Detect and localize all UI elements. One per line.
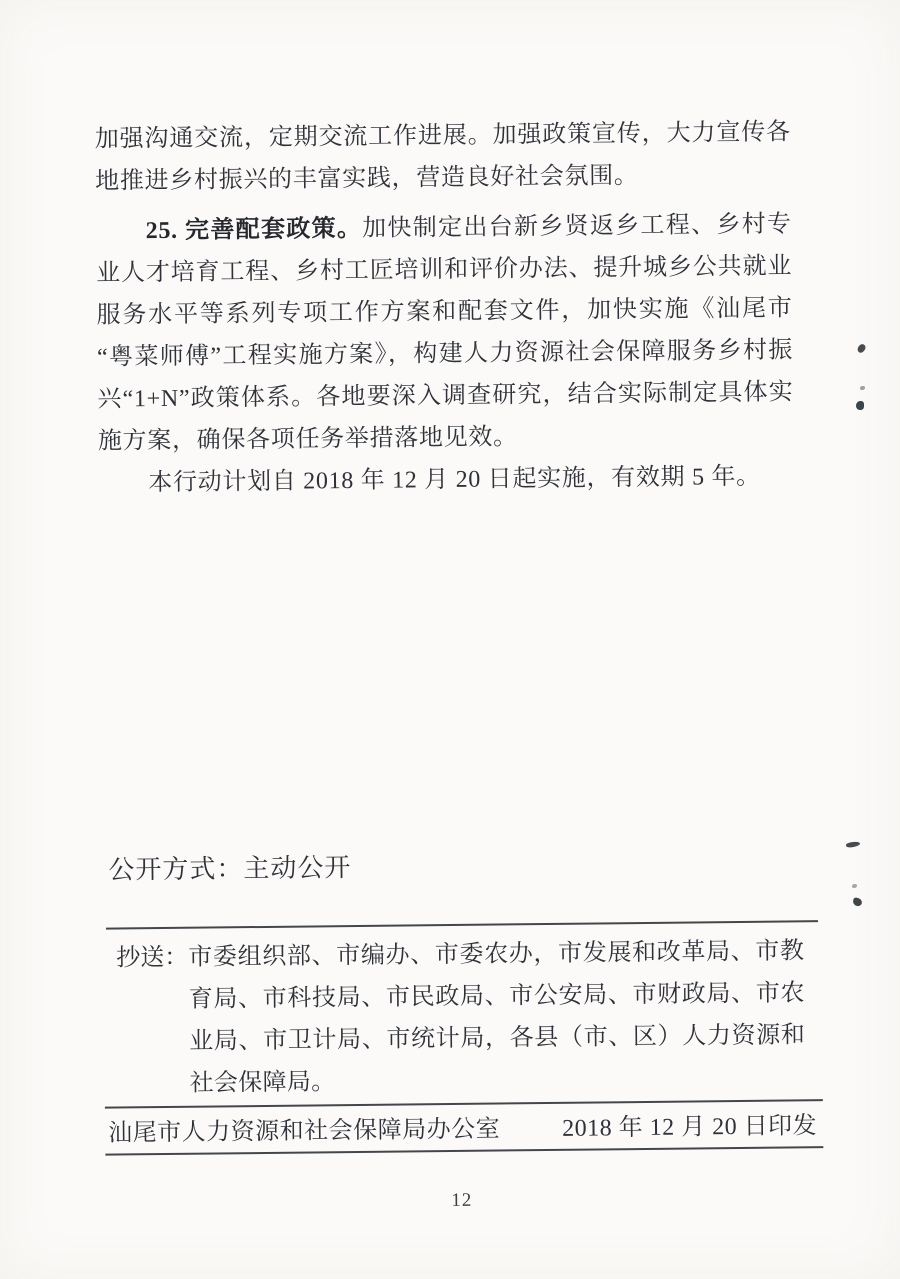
disclosure-line: 公开方式：主动公开 — [108, 851, 351, 888]
body-paragraph: 加强沟通交流，定期交流工作进展。加强政策宣传，大力宣传各地推进乡村振兴的丰富实践… — [95, 111, 792, 202]
paragraph-heading-segment: 25. 完善配套政策。 — [146, 216, 363, 244]
cc-label: 抄送： — [116, 937, 188, 980]
scan-artifact — [856, 401, 864, 410]
cc-recipients: 市委组织部、市编办、市委农办，市发展和改革局、市教育局、市科技局、市民政局、市公… — [188, 930, 806, 1104]
body-paragraph: 25. 完善配套政策。加快制定出台新乡贤返乡工程、乡村专业人才培育工程、乡村工匠… — [95, 203, 794, 462]
body-paragraph: 本行动计划自 2018 年 12 月 20 日起实施，有效期 5 年。 — [98, 455, 794, 504]
disclosure-value: 主动公开 — [243, 853, 351, 883]
scan-content: 加强沟通交流，定期交流工作进展。加强政策宣传，大力宣传各地推进乡村振兴的丰富实践… — [0, 0, 900, 1279]
disclosure-label: 公开方式： — [108, 854, 243, 884]
page-number: 12 — [6, 1185, 900, 1217]
cc-note: 抄送： 市委组织部、市编办、市委农办，市发展和改革局、市教育局、市科技局、市民政… — [116, 930, 806, 1105]
colophon-print-date: 2018 年 12 月 20 日印发 — [562, 1105, 817, 1143]
colophon-line: 汕尾市人力资源和社会保障局办公室 2018 年 12 月 20 日印发 — [108, 1102, 817, 1149]
paragraph-text-segment: 加强沟通交流，定期交流工作进展。加强政策宣传，大力宣传各地推进乡村振兴的丰富实践… — [95, 119, 791, 194]
document-body: 加强沟通交流，定期交流工作进展。加强政策宣传，大力宣传各地推进乡村振兴的丰富实践… — [95, 111, 795, 504]
scanned-document-page: 加强沟通交流，定期交流工作进展。加强政策宣传，大力宣传各地推进乡村振兴的丰富实践… — [0, 0, 900, 1279]
colophon-issuer: 汕尾市人力资源和社会保障局办公室 — [108, 1108, 500, 1147]
separator-rule-top — [106, 920, 818, 929]
paragraph-text-segment: 加快制定出台新乡贤返乡工程、乡村专业人才培育工程、乡村工匠培训和评价办法、提升城… — [96, 211, 794, 454]
paragraph-text-segment: 本行动计划自 2018 年 12 月 20 日起实施，有效期 5 年。 — [148, 464, 761, 496]
